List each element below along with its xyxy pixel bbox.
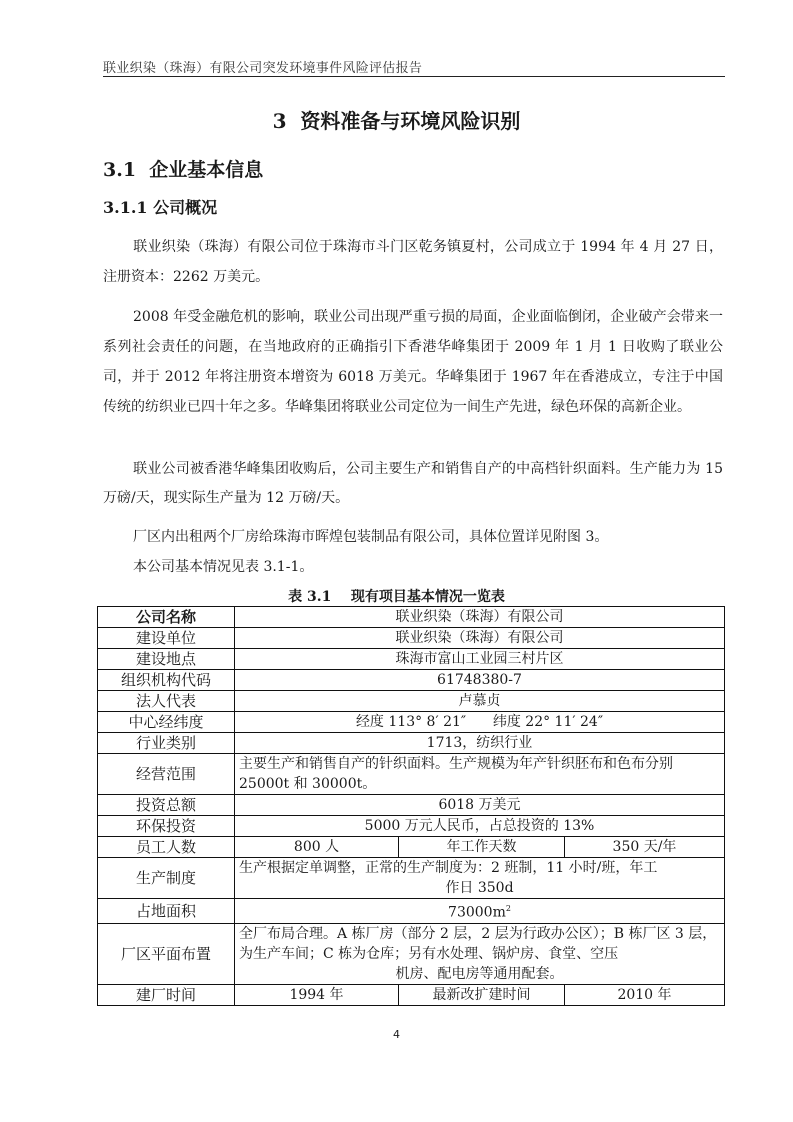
row-label: 经营范围: [98, 754, 235, 795]
table-row: 公司名称 联业织染（珠海）有限公司: [98, 607, 725, 628]
row-value: 生产根据定单调整，正常的生产制度为：2 班制，11 小时/班，年工 作日 350…: [235, 858, 725, 899]
table-row: 厂区平面布置 全厂布局合理。A 栋厂房（部分 2 层，2 层为行政办公区）；B …: [98, 923, 725, 984]
row-value: 6018 万美元: [235, 795, 725, 816]
table-row: 中心经纬度 经度 113° 8′ 21″ 纬度 22° 11′ 24″: [98, 712, 725, 733]
paragraph-text: 厂区内出租两个厂房给珠海市晖煌包装制品有限公司，具体位置详见附图 3。: [133, 529, 608, 545]
row-label: 投资总额: [98, 795, 235, 816]
table-row: 经营范围 主要生产和销售自产的针织面料。生产规模为年产针织胚布和色布分别 250…: [98, 754, 725, 795]
row-value: 主要生产和销售自产的针织面料。生产规模为年产针织胚布和色布分别 25000t 和…: [235, 754, 725, 795]
page-number: 4: [0, 1028, 793, 1041]
running-header: 联业织染（珠海）有限公司突发环境事件风险评估报告: [103, 57, 723, 76]
table-row: 建设地点 珠海市富山工业园三村片区: [98, 649, 725, 670]
table-row: 建厂时间 1994 年 最新改扩建时间 2010 年: [98, 984, 725, 1005]
row-label: 环保投资: [98, 816, 235, 837]
table-row: 投资总额 6018 万美元: [98, 795, 725, 816]
row-value: 珠海市富山工业园三村片区: [235, 649, 725, 670]
paragraph-text: 联业公司被香港华峰集团收购后，公司主要生产和销售自产的中高档针织面料。生产能力为…: [103, 461, 723, 506]
table-row: 法人代表 卢慕贞: [98, 691, 725, 712]
section-title: 3.1 企业基本信息: [103, 155, 263, 182]
row-label: 组织机构代码: [98, 670, 235, 691]
row-value: 1994 年: [235, 984, 399, 1005]
row-value: 1713，纺织行业: [235, 733, 725, 754]
row-value: 经度 113° 8′ 21″ 纬度 22° 11′ 24″: [235, 712, 725, 733]
row-value: 800 人: [235, 837, 399, 858]
row-label: 行业类别: [98, 733, 235, 754]
row-label: 建设单位: [98, 628, 235, 649]
paragraph-text: 2008 年受金融危机的影响，联业公司出现严重亏损的局面，企业面临倒闭，企业破产…: [103, 309, 723, 415]
paragraph-text: 本公司基本情况见表 3.1-1。: [133, 559, 313, 575]
row-value: 61748380-7: [235, 670, 725, 691]
paragraph-lease: 厂区内出租两个厂房给珠海市晖煌包装制品有限公司，具体位置详见附图 3。: [103, 522, 723, 552]
row-value-line: 生产根据定单调整，正常的生产制度为：2 班制，11 小时/班，年工: [239, 858, 720, 878]
row-value: 卢慕贞: [235, 691, 725, 712]
row-label-secondary: 最新改扩建时间: [399, 984, 565, 1005]
row-label: 法人代表: [98, 691, 235, 712]
table-row: 员工人数 800 人 年工作天数 350 天/年: [98, 837, 725, 858]
subsection-title: 3.1.1 公司概况: [103, 195, 217, 218]
row-value: 73000m2: [235, 899, 725, 924]
header-rule: [103, 76, 725, 77]
row-label: 员工人数: [98, 837, 235, 858]
table-caption: 表 3.1 现有项目基本情况一览表: [0, 586, 793, 606]
row-label: 建厂时间: [98, 984, 235, 1005]
row-label: 建设地点: [98, 649, 235, 670]
chapter-title: 3 资料准备与环境风险识别: [0, 105, 793, 134]
row-label: 占地面积: [98, 899, 235, 924]
row-label: 厂区平面布置: [98, 923, 235, 984]
paragraph-production: 联业公司被香港华峰集团收购后，公司主要生产和销售自产的中高档针织面料。生产能力为…: [103, 455, 723, 513]
row-value: 联业织染（珠海）有限公司: [235, 607, 725, 628]
row-value-line: 作日 350d: [445, 880, 513, 896]
area-value: 73000m: [448, 905, 506, 921]
table-row: 建设单位 联业织染（珠海）有限公司: [98, 628, 725, 649]
paragraph-table-ref: 本公司基本情况见表 3.1-1。: [103, 552, 723, 582]
row-label: 生产制度: [98, 858, 235, 899]
paragraph-history: 2008 年受金融危机的影响，联业公司出现严重亏损的局面，企业面临倒闭，企业破产…: [103, 302, 723, 422]
row-value-line: 全厂布局合理。A 栋厂房（部分 2 层，2 层为行政办公区）；B 栋厂区 3 层…: [239, 924, 720, 964]
row-value-secondary: 350 天/年: [565, 837, 725, 858]
row-label: 公司名称: [98, 607, 235, 628]
row-value: 全厂布局合理。A 栋厂房（部分 2 层，2 层为行政办公区）；B 栋厂区 3 层…: [235, 923, 725, 984]
table-row: 占地面积 73000m2: [98, 899, 725, 924]
table-row: 环保投资 5000 万元人民币，占总投资的 13%: [98, 816, 725, 837]
row-value: 联业织染（珠海）有限公司: [235, 628, 725, 649]
area-unit-superscript: 2: [506, 904, 511, 913]
project-info-table: 公司名称 联业织染（珠海）有限公司 建设单位 联业织染（珠海）有限公司 建设地点…: [97, 606, 725, 1006]
row-value: 5000 万元人民币，占总投资的 13%: [235, 816, 725, 837]
table-row: 行业类别 1713，纺织行业: [98, 733, 725, 754]
row-label: 中心经纬度: [98, 712, 235, 733]
row-value-line: 机房、配电房等通用配套。: [396, 966, 564, 982]
row-label-secondary: 年工作天数: [399, 837, 565, 858]
paragraph-text: 联业织染（珠海）有限公司位于珠海市斗门区乾务镇夏村，公司成立于 1994 年 4…: [103, 239, 723, 285]
row-value-secondary: 2010 年: [565, 984, 725, 1005]
paragraph-intro: 联业织染（珠海）有限公司位于珠海市斗门区乾务镇夏村，公司成立于 1994 年 4…: [103, 232, 723, 292]
table-row: 生产制度 生产根据定单调整，正常的生产制度为：2 班制，11 小时/班，年工 作…: [98, 858, 725, 899]
table-row: 组织机构代码 61748380-7: [98, 670, 725, 691]
